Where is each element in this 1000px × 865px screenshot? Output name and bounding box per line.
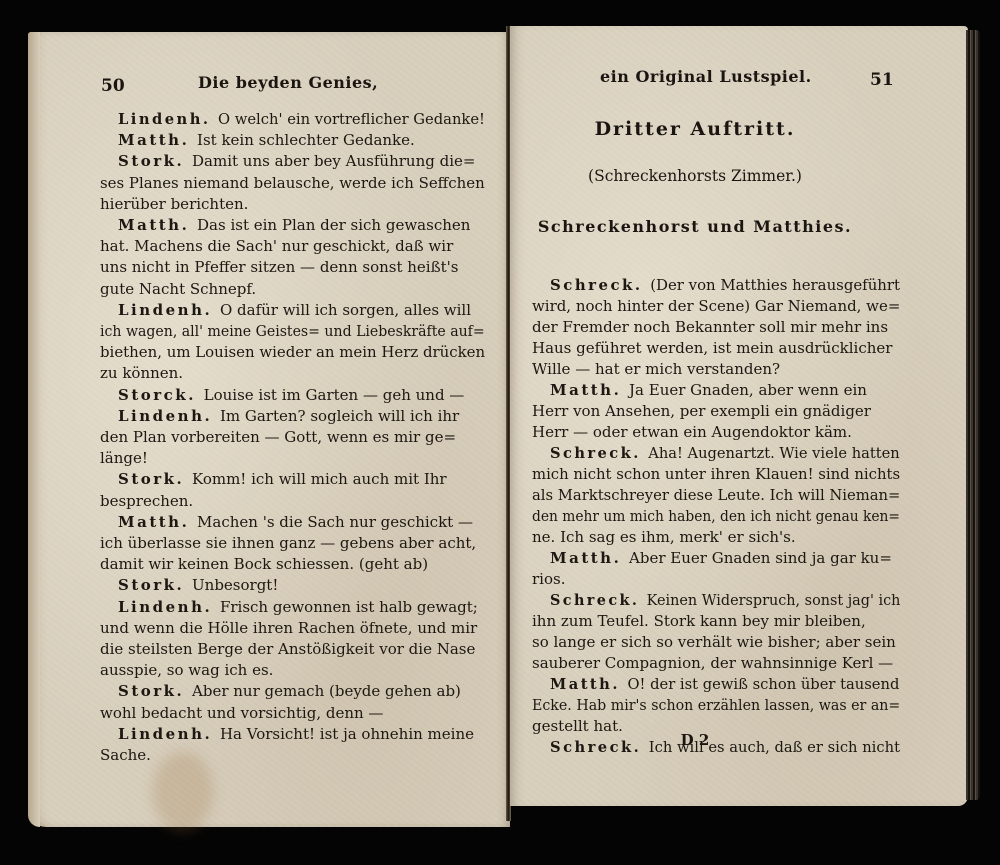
text-line: Schreck. (Der von Matthies herausgeführt bbox=[550, 276, 900, 294]
text-line: damit wir keinen Bock schiessen. (geht a… bbox=[100, 555, 428, 573]
line-text: Frisch gewonnen ist halb gewagt; bbox=[220, 598, 478, 616]
speaker-name: Matth. bbox=[550, 549, 629, 567]
text-line: Schreck. Aha! Augenartzt. Wie viele hatt… bbox=[550, 444, 900, 462]
text-line: Matth. O! der ist gewiß schon über tause… bbox=[550, 675, 899, 693]
scene-setting: (Schreckenhorsts Zimmer.) bbox=[510, 167, 880, 185]
scene-characters: Schreckenhorst und Matthies. bbox=[510, 217, 880, 236]
line-text: ich wagen, all' meine Geistes= und Liebe… bbox=[100, 322, 485, 340]
text-line: Matth. Aber Euer Gnaden sind ja gar ku= bbox=[550, 549, 892, 567]
page-number-right: 51 bbox=[870, 70, 894, 90]
line-text: länge! bbox=[100, 449, 148, 467]
line-text: O dafür will ich sorgen, alles will bbox=[220, 301, 471, 319]
signature-mark: D 2 bbox=[510, 731, 880, 749]
speaker-name: Stork. bbox=[118, 576, 192, 594]
line-text: ihn zum Teufel. Stork kann bey mir bleib… bbox=[532, 612, 866, 630]
line-text: und wenn die Hölle ihren Rachen öfnete, … bbox=[100, 619, 477, 637]
line-text: Ecke. Hab mir's schon erzählen lassen, w… bbox=[532, 696, 900, 714]
speaker-name: Stork. bbox=[118, 470, 192, 488]
line-text: die steilsten Berge der Anstößigkeit vor… bbox=[100, 640, 475, 658]
line-text: als Marktschreyer diese Leute. Ich will … bbox=[532, 486, 900, 504]
line-text: Im Garten? sogleich will ich ihr bbox=[220, 407, 459, 425]
line-text: Das ist ein Plan der sich gewaschen bbox=[197, 216, 470, 234]
speaker-name: Lindenh. bbox=[118, 110, 218, 128]
line-text: biethen, um Louisen wieder an mein Herz … bbox=[100, 343, 485, 361]
line-text: wohl bedacht und vorsichtig, denn — bbox=[100, 704, 383, 722]
line-text: zu können. bbox=[100, 364, 183, 382]
text-line: ses Planes niemand belausche, werde ich … bbox=[100, 174, 485, 192]
text-line: Stork. Damit uns aber bey Ausführung die… bbox=[118, 152, 475, 170]
line-text: uns nicht in Pfeffer sitzen — denn sonst… bbox=[100, 258, 458, 276]
line-text: sauberer Compagnion, der wahnsinnige Ker… bbox=[532, 654, 893, 672]
speaker-name: Matth. bbox=[118, 131, 197, 149]
speaker-name: Lindenh. bbox=[118, 725, 220, 743]
line-text: ausspie, so wag ich es. bbox=[100, 661, 273, 679]
right-page: ein Original Lustspiel. 51 Dritter Auftr… bbox=[510, 26, 968, 806]
line-text: Damit uns aber bey Ausführung die= bbox=[192, 152, 475, 170]
text-line: Matth. Das ist ein Plan der sich gewasch… bbox=[118, 216, 470, 234]
running-head-right: ein Original Lustspiel. bbox=[600, 67, 812, 86]
line-text: Ja Euer Gnaden, aber wenn ein bbox=[629, 381, 867, 399]
text-line: den Plan vorbereiten — Gott, wenn es mir… bbox=[100, 428, 456, 446]
text-line: mich nicht schon unter ihren Klauen! sin… bbox=[532, 465, 900, 483]
text-line: Ecke. Hab mir's schon erzählen lassen, w… bbox=[532, 696, 900, 714]
line-text: Komm! ich will mich auch mit Ihr bbox=[192, 470, 447, 488]
line-text: hat. Machens die Sach' nur geschickt, da… bbox=[100, 237, 453, 255]
text-line: Lindenh. O dafür will ich sorgen, alles … bbox=[118, 301, 471, 319]
text-line: wird, noch hinter der Scene) Gar Niemand… bbox=[532, 297, 900, 315]
speaker-name: Matth. bbox=[118, 216, 197, 234]
line-text: ich überlasse sie ihnen ganz — gebens ab… bbox=[100, 534, 476, 552]
text-line: besprechen. bbox=[100, 492, 193, 510]
speaker-name: Schreck. bbox=[550, 276, 650, 294]
speaker-name: Matth. bbox=[550, 675, 627, 693]
text-line: so lange er sich so verhält wie bisher; … bbox=[532, 633, 896, 651]
speaker-name: Schreck. bbox=[550, 591, 647, 609]
line-text: Aber nur gemach (beyde gehen ab) bbox=[192, 682, 461, 700]
line-text: hierüber berichten. bbox=[100, 195, 248, 213]
text-line: sauberer Compagnion, der wahnsinnige Ker… bbox=[532, 654, 893, 672]
text-line: die steilsten Berge der Anstößigkeit vor… bbox=[100, 640, 475, 658]
text-line: Lindenh. Ha Vorsicht! ist ja ohnehin mei… bbox=[118, 725, 474, 743]
line-text: ne. Ich sag es ihm, merk' er sich's. bbox=[532, 528, 796, 546]
line-text: Wille — hat er mich verstanden? bbox=[532, 360, 780, 378]
text-line: Matth. Machen 's die Sach nur geschickt … bbox=[118, 513, 473, 531]
speaker-name: Storck. bbox=[118, 386, 204, 404]
text-line: Schreck. Keinen Widerspruch, sonst jag' … bbox=[550, 591, 900, 609]
text-line: Storck. Louise ist im Garten — geh und — bbox=[118, 386, 464, 404]
text-line: als Marktschreyer diese Leute. Ich will … bbox=[532, 486, 900, 504]
line-text: Aha! Augenartzt. Wie viele hatten bbox=[648, 444, 899, 462]
speaker-name: Stork. bbox=[118, 682, 192, 700]
line-text: (Der von Matthies herausgeführt bbox=[650, 276, 900, 294]
line-text: Sache. bbox=[100, 746, 151, 764]
text-line: ne. Ich sag es ihm, merk' er sich's. bbox=[532, 528, 796, 546]
text-line: hat. Machens die Sach' nur geschickt, da… bbox=[100, 237, 453, 255]
paper-stain bbox=[153, 752, 213, 832]
text-line: der Fremder noch Bekannter soll mir mehr… bbox=[532, 318, 888, 336]
speaker-name: Matth. bbox=[118, 513, 197, 531]
line-text: Herr von Ansehen, per exempli ein gnädig… bbox=[532, 402, 871, 420]
text-line: Stork. Unbesorgt! bbox=[118, 576, 278, 594]
text-line: wohl bedacht und vorsichtig, denn — bbox=[100, 704, 383, 722]
text-line: ich wagen, all' meine Geistes= und Liebe… bbox=[100, 322, 485, 340]
text-line: den mehr um mich haben, den ich nicht ge… bbox=[532, 507, 900, 525]
running-head-left: Die beyden Genies, bbox=[198, 73, 378, 92]
speaker-name: Lindenh. bbox=[118, 301, 220, 319]
line-text: O! der ist gewiß schon über tausend bbox=[627, 675, 899, 693]
text-line: Lindenh. O welch' ein vortreflicher Geda… bbox=[118, 110, 485, 128]
text-line: Wille — hat er mich verstanden? bbox=[532, 360, 780, 378]
text-line: hierüber berichten. bbox=[100, 195, 248, 213]
text-line: Sache. bbox=[100, 746, 151, 764]
line-text: Machen 's die Sach nur geschickt — bbox=[197, 513, 473, 531]
line-text: damit wir keinen Bock schiessen. (geht a… bbox=[100, 555, 428, 573]
speaker-name: Stork. bbox=[118, 152, 192, 170]
line-text: den Plan vorbereiten — Gott, wenn es mir… bbox=[100, 428, 456, 446]
line-text: Ist kein schlechter Gedanke. bbox=[197, 131, 415, 149]
text-line: und wenn die Hölle ihren Rachen öfnete, … bbox=[100, 619, 477, 637]
text-line: Haus geführet werden, ist mein ausdrückl… bbox=[532, 339, 892, 357]
line-text: ses Planes niemand belausche, werde ich … bbox=[100, 174, 485, 192]
speaker-name: Schreck. bbox=[550, 444, 648, 462]
line-text: gute Nacht Schnepf. bbox=[100, 280, 256, 298]
text-line: zu können. bbox=[100, 364, 183, 382]
speaker-name: Matth. bbox=[550, 381, 629, 399]
speaker-name: Lindenh. bbox=[118, 598, 220, 616]
text-line: Stork. Aber nur gemach (beyde gehen ab) bbox=[118, 682, 461, 700]
line-text: Keinen Widerspruch, sonst jag' ich bbox=[647, 591, 901, 609]
text-line: Herr von Ansehen, per exempli ein gnädig… bbox=[532, 402, 871, 420]
line-text: den mehr um mich haben, den ich nicht ge… bbox=[532, 507, 900, 525]
line-text: besprechen. bbox=[100, 492, 193, 510]
text-line: Matth. Ist kein schlechter Gedanke. bbox=[118, 131, 415, 149]
line-text: Haus geführet werden, ist mein ausdrückl… bbox=[532, 339, 892, 357]
line-text: Aber Euer Gnaden sind ja gar ku= bbox=[629, 549, 892, 567]
left-page: 50 Die beyden Genies, Lindenh. O welch' … bbox=[28, 32, 510, 827]
line-text: wird, noch hinter der Scene) Gar Niemand… bbox=[532, 297, 900, 315]
page-edges bbox=[966, 30, 980, 800]
text-line: Lindenh. Frisch gewonnen ist halb gewagt… bbox=[118, 598, 478, 616]
scene-heading: Dritter Auftritt. bbox=[510, 118, 880, 140]
text-line: Matth. Ja Euer Gnaden, aber wenn ein bbox=[550, 381, 867, 399]
line-text: der Fremder noch Bekannter soll mir mehr… bbox=[532, 318, 888, 336]
line-text: Herr — oder etwan ein Augendoktor käm. bbox=[532, 423, 852, 441]
text-line: ich überlasse sie ihnen ganz — gebens ab… bbox=[100, 534, 476, 552]
text-line: Stork. Komm! ich will mich auch mit Ihr bbox=[118, 470, 447, 488]
speaker-name: Lindenh. bbox=[118, 407, 220, 425]
line-text: Louise ist im Garten — geh und — bbox=[204, 386, 465, 404]
text-line: rios. bbox=[532, 570, 565, 588]
text-line: ihn zum Teufel. Stork kann bey mir bleib… bbox=[532, 612, 866, 630]
line-text: so lange er sich so verhält wie bisher; … bbox=[532, 633, 896, 651]
text-line: uns nicht in Pfeffer sitzen — denn sonst… bbox=[100, 258, 458, 276]
line-text: Unbesorgt! bbox=[192, 576, 278, 594]
line-text: O welch' ein vortreflicher Gedanke! bbox=[218, 110, 485, 128]
text-line: länge! bbox=[100, 449, 148, 467]
text-line: gute Nacht Schnepf. bbox=[100, 280, 256, 298]
line-text: rios. bbox=[532, 570, 565, 588]
text-line: biethen, um Louisen wieder an mein Herz … bbox=[100, 343, 485, 361]
line-text: mich nicht schon unter ihren Klauen! sin… bbox=[532, 465, 900, 483]
text-line: ausspie, so wag ich es. bbox=[100, 661, 273, 679]
text-line: Lindenh. Im Garten? sogleich will ich ih… bbox=[118, 407, 459, 425]
page-number-left: 50 bbox=[101, 76, 125, 96]
line-text: Ha Vorsicht! ist ja ohnehin meine bbox=[220, 725, 474, 743]
text-line: Herr — oder etwan ein Augendoktor käm. bbox=[532, 423, 852, 441]
